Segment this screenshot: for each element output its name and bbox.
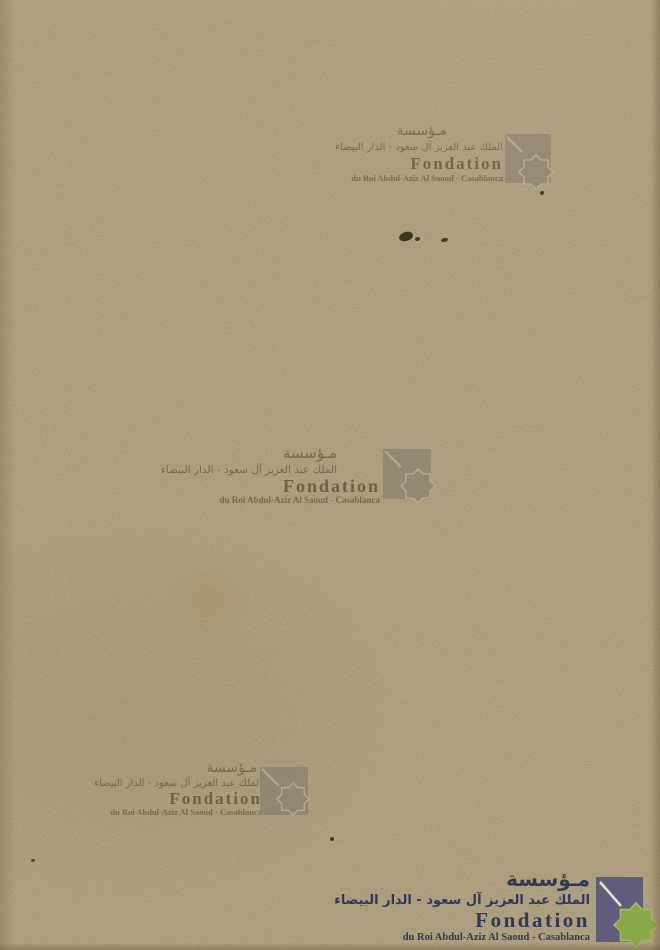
stamp-arabic-subtitle: الملك عبد العزيز آل سعود - الدار البيضاء — [393, 892, 590, 909]
stamp-arabic-title: مـؤسسة — [338, 122, 503, 140]
stamp-latin-title: Fondation — [104, 790, 262, 807]
stamp-text-block: مـؤسسة الملك عبد العزيز آل سعود - الدار … — [338, 122, 503, 184]
stamp-text-block: مـؤسسة الملك عبد العزيز آل سعود - الدار … — [104, 759, 262, 818]
stamp-latin-subtitle: du Roi Abdul-Aziz Al Saoud - Casablanca — [104, 807, 262, 818]
stamp-latin-title: Fondation — [210, 477, 380, 495]
foundation-logo-icon — [260, 766, 322, 824]
stamp-text-block: مـؤسسة الملك عبد العزيز آل سعود - الدار … — [393, 866, 590, 945]
stamp-arabic-title: مـؤسسة — [104, 759, 262, 777]
stamp-arabic-title: مـؤسسة — [393, 866, 590, 892]
ink-spot — [398, 231, 413, 242]
scanned-page: مـؤسسة الملك عبد العزيز آل سعود - الدار … — [0, 0, 660, 950]
stamp-arabic-subtitle: الملك عبد العزيز آل سعود - الدار البيضاء — [338, 140, 503, 155]
foundation-logo-icon — [596, 877, 660, 950]
stamp-latin-title: Fondation — [338, 155, 503, 173]
stamp-latin-title: Fondation — [393, 909, 590, 931]
foundation-logo-icon — [383, 448, 447, 510]
ink-spot — [31, 859, 35, 862]
ink-spot — [415, 237, 420, 241]
foundation-logo-icon — [505, 133, 569, 195]
paper-stain — [160, 555, 260, 645]
stamp-text-block: مـؤسسة الملك عبد العزيز آل سعود - الدار … — [210, 444, 380, 506]
stamp-arabic-title: مـؤسسة — [210, 444, 380, 463]
ink-spot — [441, 238, 448, 243]
stamp-latin-subtitle: du Roi Abdul-Aziz Al Saoud - Casablanca — [210, 495, 380, 506]
stamp-arabic-subtitle: الملك عبد العزيز آل سعود - الدار البيضاء — [210, 463, 380, 477]
stamp-latin-subtitle: du Roi Abdul-Aziz Al Saoud - Casablanca — [393, 931, 590, 945]
stamp-latin-subtitle: du Roi Abdul-Aziz Al Saoud - Casablanca — [338, 173, 503, 184]
ink-spot — [330, 837, 334, 841]
